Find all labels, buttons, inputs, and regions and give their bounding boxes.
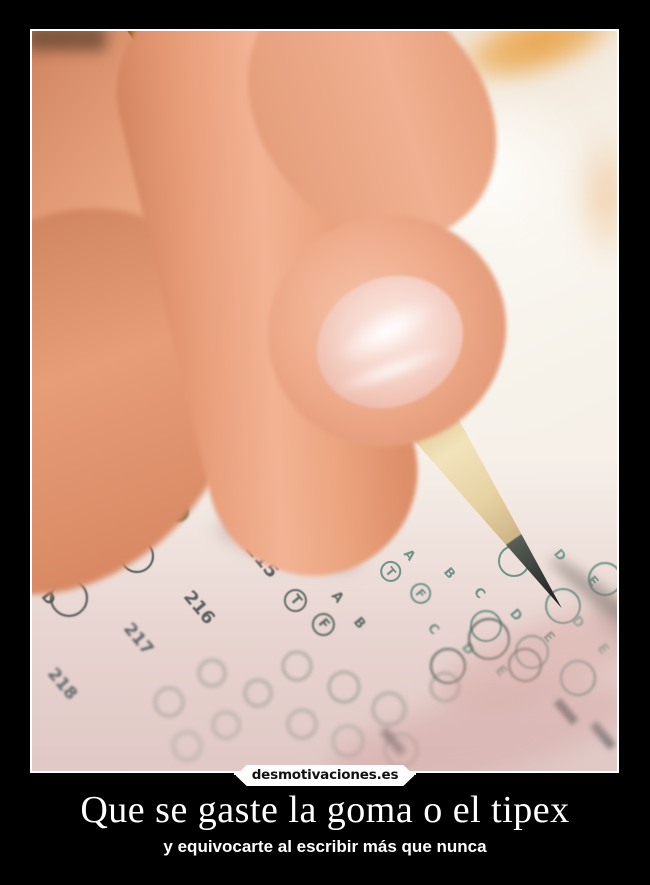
photo: 215 216 217 218 T F T F A B C D E C D E … bbox=[32, 31, 617, 771]
poster-subtitle: y equivocarte al escribir más que nunca bbox=[0, 837, 650, 857]
bubble-circle bbox=[212, 711, 240, 739]
watermark-ribbon: desmotivaciones.es bbox=[236, 765, 415, 786]
bubble-circle bbox=[244, 679, 272, 707]
corner-shadow bbox=[32, 31, 106, 51]
bubble-circle bbox=[287, 709, 317, 739]
poster-title: Que se gaste la goma o el tipex bbox=[0, 786, 650, 835]
bubble-circle bbox=[282, 651, 312, 681]
photo-frame: 215 216 217 218 T F T F A B C D E C D E … bbox=[30, 29, 619, 773]
bubble-circle bbox=[198, 659, 226, 687]
bubble-circle bbox=[172, 731, 202, 761]
caption: Que se gaste la goma o el tipex y equivo… bbox=[0, 786, 650, 857]
bubble-circle bbox=[154, 687, 184, 717]
bubble-circle bbox=[328, 671, 360, 703]
